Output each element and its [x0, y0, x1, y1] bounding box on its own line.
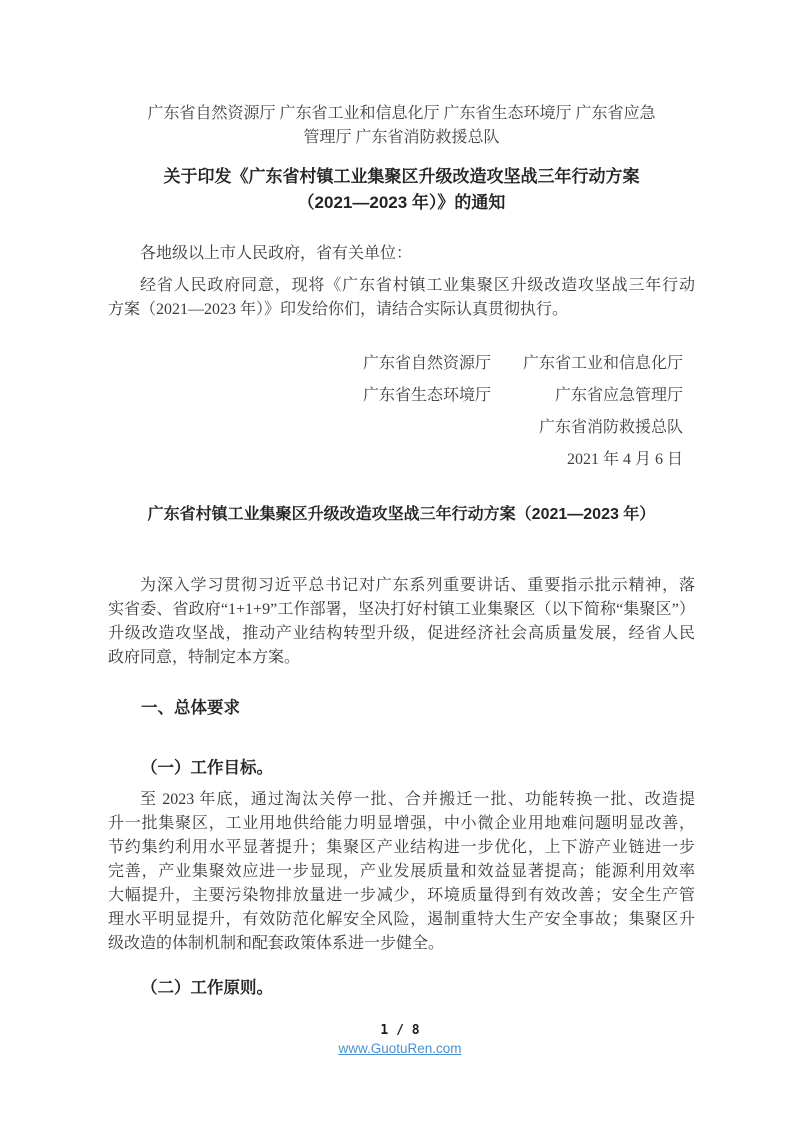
text-line: 至 2023 年底，通过淘汰关停一批、合并搬迁一批、功能转换一批、改造提 [108, 788, 695, 812]
text-line: 实省委、省政府“1+1+9”工作部署，坚决打好村镇工业集聚区（以下简称“集聚区”… [108, 598, 695, 622]
text-line: 关于印发《广东省村镇工业集聚区升级改造攻坚战三年行动方案 [108, 164, 695, 190]
goals-paragraph: 至 2023 年底，通过淘汰关停一批、合并搬迁一批、功能转换一批、改造提升一批集… [108, 788, 695, 956]
text-line: 理水平明显提升，有效防范化解安全风险，遏制重特大生产安全事故；集聚区升 [108, 908, 695, 932]
page-number: 1 / 8 [0, 1022, 800, 1040]
text-line: 广东省消防救援总队 [108, 412, 683, 444]
website-link[interactable]: www.GuotuRen.com [338, 1041, 461, 1056]
section-1-heading: 一、总体要求 [108, 696, 695, 720]
text-line: （2021—2023 年）》的通知 [108, 190, 695, 216]
text-line: 各地级以上市人民政府，省有关单位： [108, 242, 695, 266]
subsection-2-heading: （二）工作原则。 [108, 976, 695, 1000]
text-line: 方案（2021—2023 年）》印发给你们，请结合实际认真贯彻执行。 [108, 298, 695, 322]
page-footer: 1 / 8 www.GuotuRen.com [0, 1022, 800, 1058]
text-line: 管理厅 广东省消防救援总队 [108, 126, 695, 150]
text-line: 级改造的体制机制和配套政策体系进一步健全。 [108, 932, 695, 956]
forward-paragraph: 经省人民政府同意，现将《广东省村镇工业集聚区升级改造攻坚战三年行动方案（2021… [108, 274, 695, 322]
text-line: 升级改造攻坚战，推动产业结构转型升级，促进经济社会高质量发展，经省人民 [108, 622, 695, 646]
signature-block: 广东省自然资源厅 广东省工业和信息化厅广东省生态环境厅 广东省应急管理厅广东省消… [108, 348, 695, 476]
issuing-orgs-header: 广东省自然资源厅 广东省工业和信息化厅 广东省生态环境厅 广东省应急管理厅 广东… [108, 102, 695, 150]
preamble-paragraph: 为深入学习贯彻习近平总书记对广东系列重要讲话、重要指示批示精神，落实省委、省政府… [108, 574, 695, 670]
text-line: 2021 年 4 月 6 日 [108, 444, 683, 476]
text-line: 经省人民政府同意，现将《广东省村镇工业集聚区升级改造攻坚战三年行动 [108, 274, 695, 298]
text-line: 节约集约利用水平显著提升；集聚区产业结构进一步优化，上下游产业链进一步 [108, 836, 695, 860]
text-line: 为深入学习贯彻习近平总书记对广东系列重要讲话、重要指示批示精神，落 [108, 574, 695, 598]
plan-title: 广东省村镇工业集聚区升级改造攻坚战三年行动方案（2021—2023 年） [108, 502, 695, 528]
text-line: 广东省自然资源厅 广东省工业和信息化厅 [108, 348, 683, 380]
document-page: 广东省自然资源厅 广东省工业和信息化厅 广东省生态环境厅 广东省应急管理厅 广东… [0, 0, 800, 1132]
text-line: 升一批集聚区，工业用地供给能力明显增强，中小微企业用地难问题明显改善， [108, 812, 695, 836]
text-line: 广东省生态环境厅 广东省应急管理厅 [108, 380, 683, 412]
subsection-1-heading: （一）工作目标。 [108, 756, 695, 780]
text-line: 广东省自然资源厅 广东省工业和信息化厅 广东省生态环境厅 广东省应急 [108, 102, 695, 126]
text-line: 完善，产业集聚效应进一步显现，产业发展质量和效益显著提高；能源利用效率 [108, 860, 695, 884]
text-line: 大幅提升，主要污染物排放量进一步减少，环境质量得到有效改善；安全生产管 [108, 884, 695, 908]
notice-title: 关于印发《广东省村镇工业集聚区升级改造攻坚战三年行动方案（2021—2023 年… [108, 164, 695, 216]
text-line: 政府同意，特制定本方案。 [108, 646, 695, 670]
salutation: 各地级以上市人民政府，省有关单位： [108, 242, 695, 266]
